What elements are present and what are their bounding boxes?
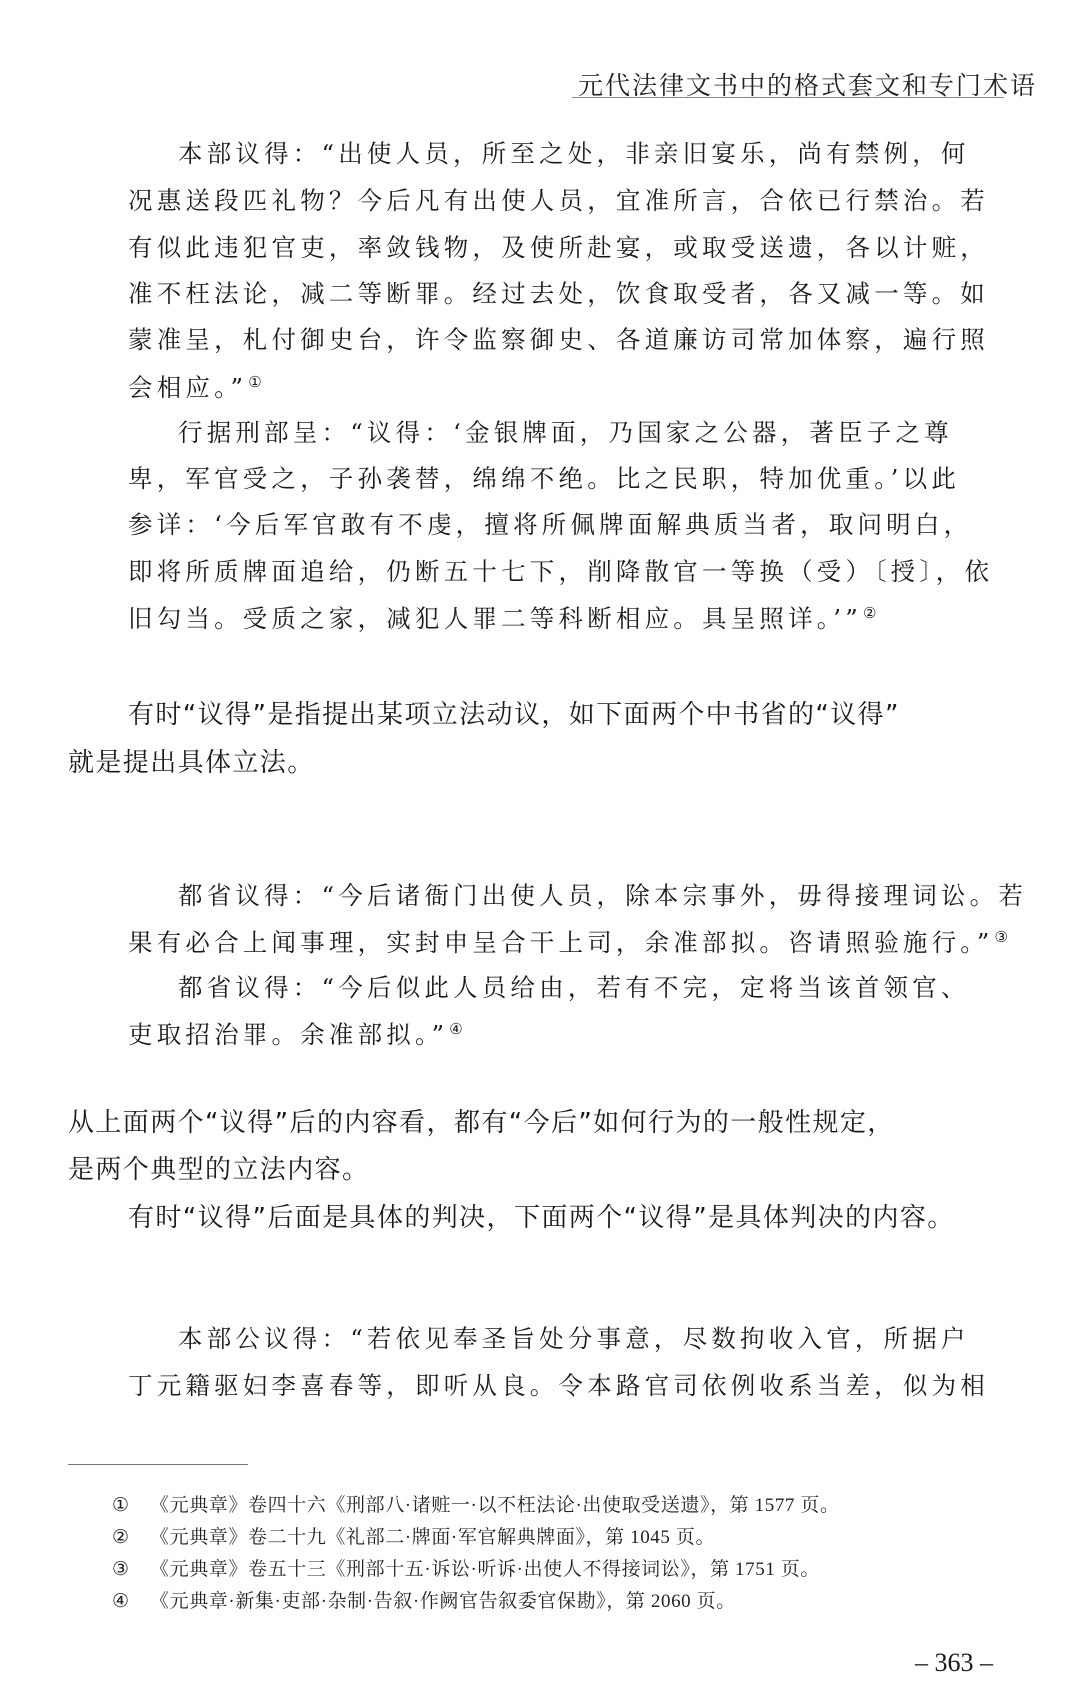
quote-line: 都省议得：“今后似此人员给由，若有不完，定将当该首领官、 <box>178 976 1058 1001</box>
footnote-mark: ③ <box>112 1560 150 1579</box>
quote-line: 即将所质牌面追给，仍断五十七下，削降散官一等换（受）〔授〕，依 <box>128 560 1008 585</box>
quote-text: 吏取招治罪。余准部拟。” <box>128 1020 448 1049</box>
footnote-text: 《元典章》卷四十六《刑部八·诸赃一·以不枉法论·出使取受送遗》，第 1577 页… <box>150 1495 840 1516</box>
quote-line: 卑，军官受之，子孙袭替，绵绵不绝。比之民职，特加优重。’以此 <box>128 467 1008 492</box>
footnote-mark: ① <box>112 1496 150 1515</box>
footnote-ref-2[interactable]: ② <box>863 604 876 622</box>
body-line: 从上面两个“议得”后的内容看，都有“今后”如何行为的一般性规定， <box>68 1110 1008 1136</box>
quote-line: 参详：‘今后军官敢有不虔，擅将所佩牌面解典质当者，取问明白， <box>128 513 1008 538</box>
quote-line: 况惠送段匹礼物？今后凡有出使人员，宜准所言，合依已行禁治。若 <box>128 189 1008 214</box>
quote-line: 行据刑部呈：“议得：‘金银牌面，乃国家之公器，著臣子之尊 <box>178 421 1058 446</box>
header-rule <box>572 97 1004 98</box>
footnote-text: 《元典章》卷二十九《礼部二·牌面·军官解典牌面》，第 1045 页。 <box>150 1527 715 1548</box>
quote-line: 本部公议得：“若依见奉圣旨处分事意，尽数拘收入官，所据户 <box>178 1327 1058 1352</box>
quote-text: 会相应。” <box>128 373 247 402</box>
quote-line: 准不枉法论，减二等断罪。经过去处，饮食取受者，各又减一等。如 <box>128 282 1008 307</box>
quote-text: 果有必合上闻事理，实封申呈合干上司，余准部拟。咨请照验施行。” <box>128 928 993 957</box>
body-line: 是两个典型的立法内容。 <box>68 1157 1008 1183</box>
quote-text: 旧勾当。受质之家，减犯人罪二等科断相应。具呈照详。’” <box>128 604 862 633</box>
quote-line: 都省议得：“今后诸衙门出使人员，除本宗事外，毋得接理词讼。若 <box>178 884 1058 909</box>
footnote-rule <box>68 1464 248 1465</box>
footnote-2: ②《元典章》卷二十九《礼部二·牌面·军官解典牌面》，第 1045 页。 <box>112 1528 1012 1547</box>
footnote-mark: ② <box>112 1528 150 1547</box>
footnote-1: ①《元典章》卷四十六《刑部八·诸赃一·以不枉法论·出使取受送遗》，第 1577 … <box>112 1496 1012 1515</box>
quote-line: 有似此违犯官吏，率敛钱物，及使所赴宴，或取受送遗，各以计赃， <box>128 236 1008 261</box>
body-line: 就是提出具体立法。 <box>68 750 1008 776</box>
footnote-mark: ④ <box>112 1592 150 1611</box>
quote-line-last: 旧勾当。受质之家，减犯人罪二等科断相应。具呈照详。’”② <box>128 606 1008 632</box>
quote-line: 丁元籍驱妇李喜春等，即听从良。令本路官司依例收系当差，似为相 <box>128 1374 1008 1399</box>
footnote-4: ④《元典章·新集·吏部·杂制·告叙·作阙官告叙委官保勘》，第 2060 页。 <box>112 1592 1012 1611</box>
quote-line-last: 吏取招治罪。余准部拟。”④ <box>128 1022 1008 1048</box>
footnote-ref-3[interactable]: ③ <box>994 928 1007 946</box>
book-page: 元代法律文书中的格式套文和专门术语 本部议得：“出使人员，所至之处，非亲旧宴乐，… <box>0 0 1080 1695</box>
quote-line: 蒙准呈，札付御史台，许令监察御史、各道廉访司常加体察，遍行照 <box>128 328 1008 353</box>
quote-line: 本部议得：“出使人员，所至之处，非亲旧宴乐，尚有禁例，何 <box>178 142 1058 167</box>
footnote-text: 《元典章》卷五十三《刑部十五·诉讼·听诉·出使人不得接词讼》，第 1751 页。 <box>150 1559 820 1580</box>
quote-line-last: 果有必合上闻事理，实封申呈合干上司，余准部拟。咨请照验施行。”③ <box>128 930 1008 956</box>
footnote-ref-4[interactable]: ④ <box>449 1020 462 1038</box>
footnote-ref-1[interactable]: ① <box>248 373 261 391</box>
page-number: – 363 – <box>915 1648 993 1678</box>
body-line: 有时“议得”后面是具体的判决，下面两个“议得”是具体判决的内容。 <box>128 1205 1068 1231</box>
footnote-3: ③《元典章》卷五十三《刑部十五·诉讼·听诉·出使人不得接词讼》，第 1751 页… <box>112 1560 1012 1579</box>
footnote-text: 《元典章·新集·吏部·杂制·告叙·作阙官告叙委官保勘》，第 2060 页。 <box>150 1591 736 1612</box>
quote-line-last: 会相应。”① <box>128 375 1008 401</box>
body-line: 有时“议得”是指提出某项立法动议，如下面两个中书省的“议得” <box>128 702 1068 728</box>
